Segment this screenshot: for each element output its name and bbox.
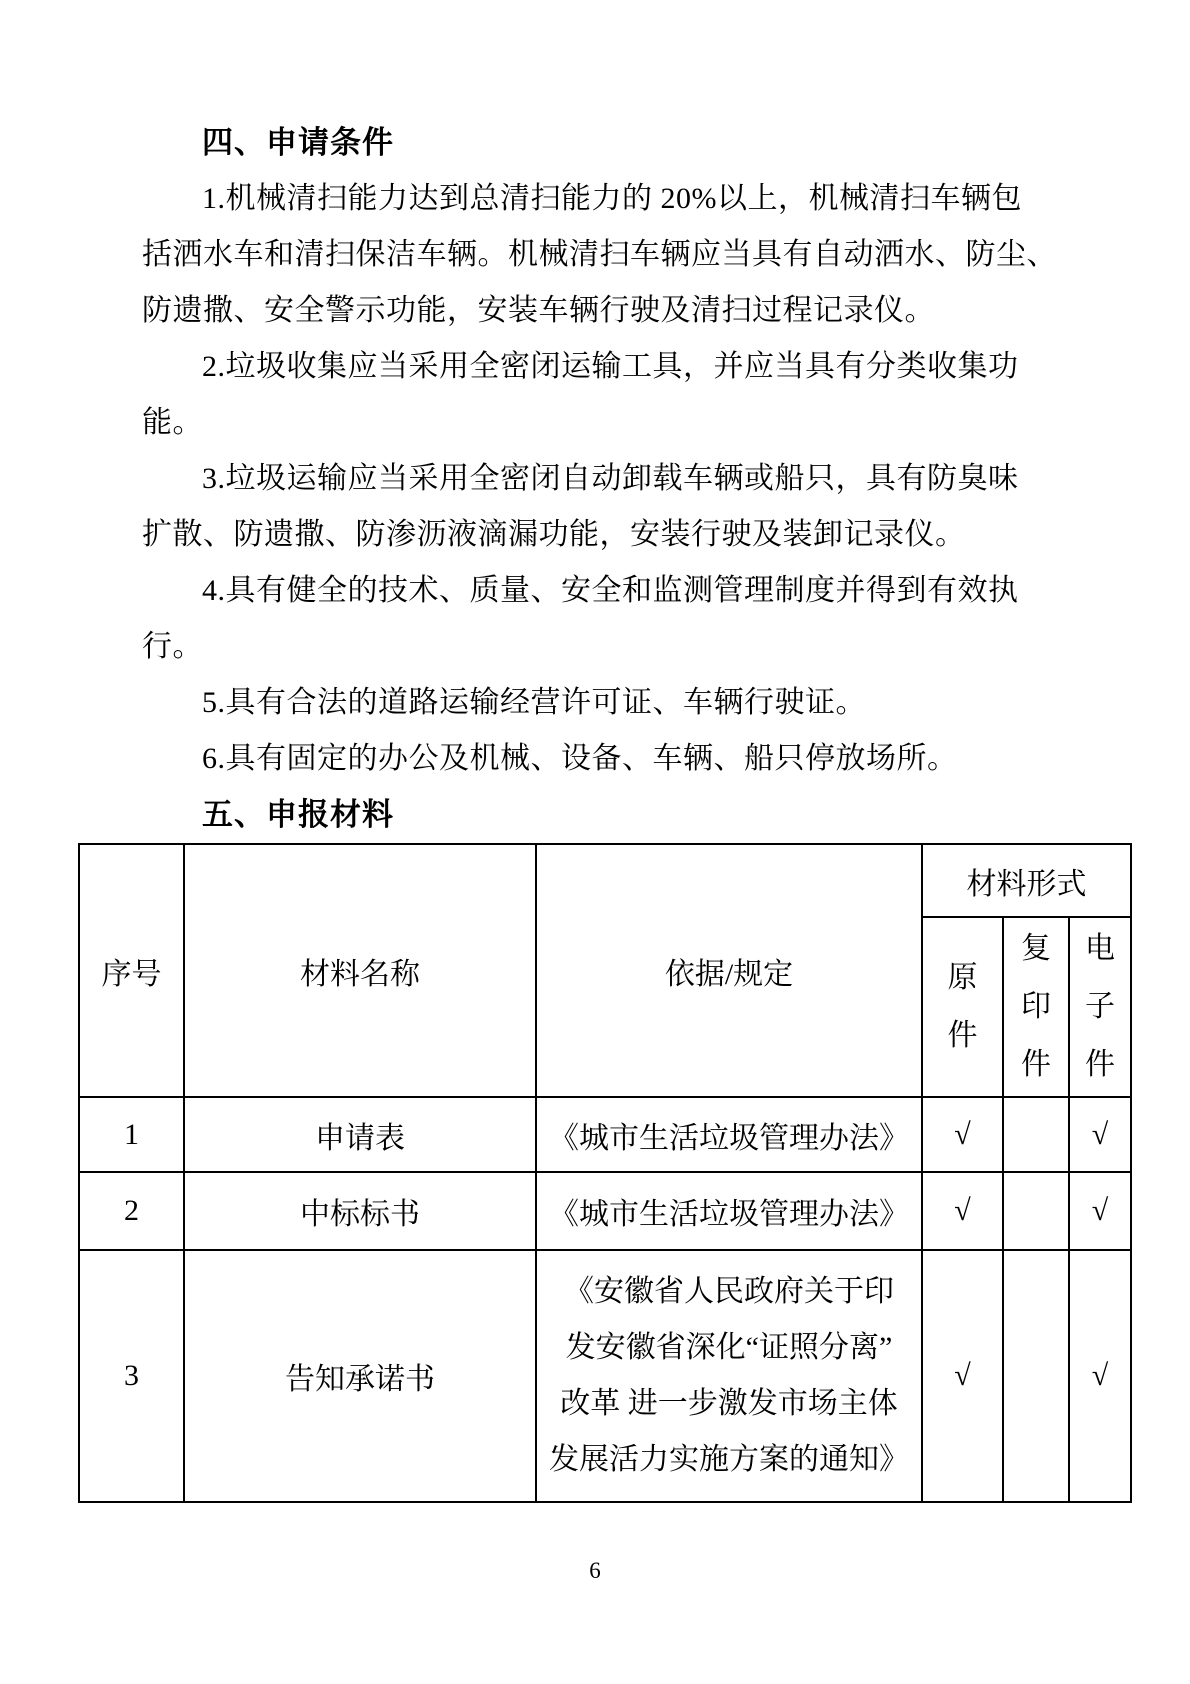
section-heading-materials: 五、申报材料 [142,787,1048,843]
table-row: 2 中标标书 《城市生活垃圾管理办法》 √ √ [79,1172,1131,1250]
header-cell-original: 原件 [922,917,1003,1097]
cell-basis: 《城市生活垃圾管理办法》 [536,1172,922,1250]
table-row: 1 申请表 《城市生活垃圾管理办法》 √ √ [79,1097,1131,1172]
cell-no: 3 [79,1250,184,1502]
cell-basis: 《安徽省人民政府关于印 发安徽省深化“证照分离” 改革 进一步激发市场主体 发展… [536,1250,922,1502]
table-row: 3 告知承诺书 《安徽省人民政府关于印 发安徽省深化“证照分离” 改革 进一步激… [79,1250,1131,1502]
text-line: 扩散、防遗撒、防渗沥液滴漏功能，安装行驶及装卸记录仪。 [142,507,1048,563]
text-line: 行。 [142,619,1048,675]
basis-line: 发展活力实施方案的通知》 [537,1432,921,1488]
cell-no: 2 [79,1172,184,1250]
checkmark-original: √ [922,1172,1003,1250]
text-line: 括洒水车和清扫保洁车辆。机械清扫车辆应当具有自动洒水、防尘、 [142,227,1048,283]
cell-name: 申请表 [184,1097,536,1172]
materials-table: 序号 材料名称 依据/规定 材料形式 原件 复印件 电子件 1 申请表 《城市 [78,843,1132,1503]
section-heading-conditions: 四、申请条件 [142,115,1048,171]
checkmark-electronic: √ [1069,1172,1131,1250]
cell-name: 中标标书 [184,1172,536,1250]
text-line: 能。 [142,395,1048,451]
basis-line: 改革 进一步激发市场主体 [537,1376,921,1432]
text-line: 防遗撒、安全警示功能，安装车辆行驶及清扫过程记录仪。 [142,283,1048,339]
basis-line: 《安徽省人民政府关于印 [537,1264,921,1320]
checkmark-electronic: √ [1069,1097,1131,1172]
table-header-row-top: 序号 材料名称 依据/规定 材料形式 [79,844,1131,917]
conditions-section: 四、申请条件 1.机械清扫能力达到总清扫能力的 20%以上，机械清扫车辆包 括洒… [142,115,1048,843]
header-label-original: 原件 [946,949,979,1065]
header-cell-name: 材料名称 [184,844,536,1097]
text-line: 2.垃圾收集应当采用全密闭运输工具，并应当具有分类收集功 [142,339,1048,395]
text-line: 4.具有健全的技术、质量、安全和监测管理制度并得到有效执 [142,563,1048,619]
header-cell-no: 序号 [79,844,184,1097]
header-cell-electronic: 电子件 [1069,917,1131,1097]
page-number: 6 [0,1556,1190,1586]
checkmark-copy [1003,1172,1069,1250]
checkmark-copy [1003,1250,1069,1502]
checkmark-electronic: √ [1069,1250,1131,1502]
header-label-copy: 复印件 [1020,920,1053,1094]
text-line: 3.垃圾运输应当采用全密闭自动卸载车辆或船只，具有防臭味 [142,451,1048,507]
cell-name: 告知承诺书 [184,1250,536,1502]
checkmark-original: √ [922,1097,1003,1172]
header-cell-copy: 复印件 [1003,917,1069,1097]
basis-line: 发安徽省深化“证照分离” [537,1320,921,1376]
cell-basis: 《城市生活垃圾管理办法》 [536,1097,922,1172]
text-line: 1.机械清扫能力达到总清扫能力的 20%以上，机械清扫车辆包 [142,171,1048,227]
text-line: 6.具有固定的办公及机械、设备、车辆、船只停放场所。 [142,731,1048,787]
header-label-electronic: 电子件 [1084,920,1117,1094]
checkmark-original: √ [922,1250,1003,1502]
text-line: 5.具有合法的道路运输经营许可证、车辆行驶证。 [142,675,1048,731]
checkmark-copy [1003,1097,1069,1172]
header-cell-form: 材料形式 [922,844,1131,917]
cell-no: 1 [79,1097,184,1172]
header-cell-basis: 依据/规定 [536,844,922,1097]
document-page: 四、申请条件 1.机械清扫能力达到总清扫能力的 20%以上，机械清扫车辆包 括洒… [0,0,1190,1684]
